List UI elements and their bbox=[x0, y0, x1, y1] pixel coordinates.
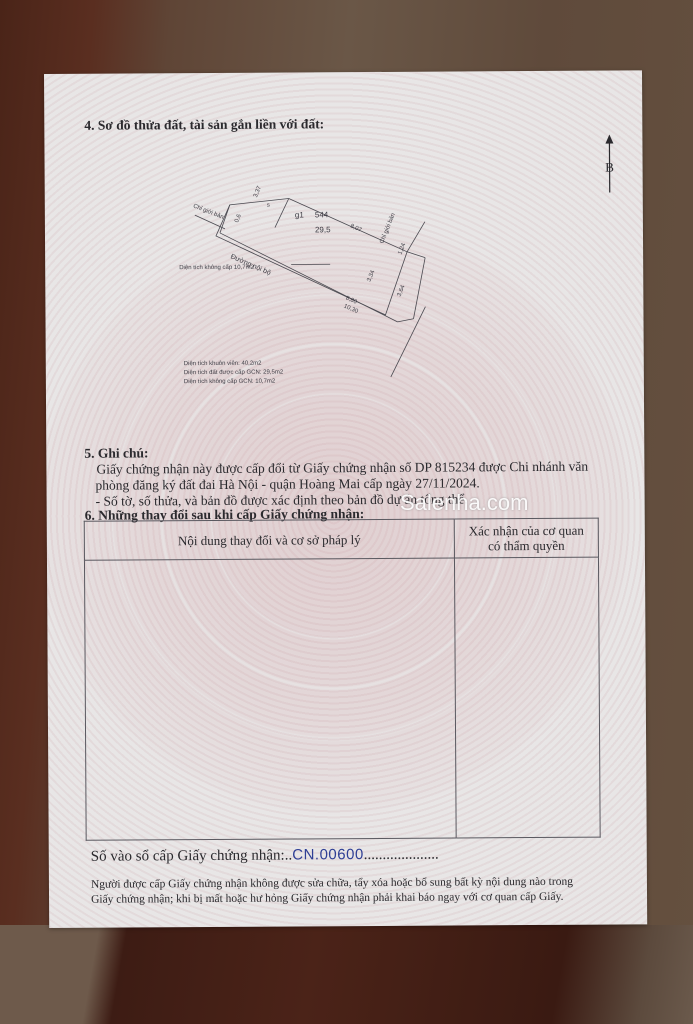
svg-text:10,30: 10,30 bbox=[343, 304, 360, 316]
area-summary-granted: Diện tích đất được cấp GCN: 29,5m2 bbox=[184, 370, 283, 377]
column-header-line-1: Xác nhận của cơ quan bbox=[456, 523, 597, 539]
registration-line: Số vào sổ cấp Giấy chứng nhận:..CN.00600… bbox=[91, 846, 439, 866]
area-summary-not-granted: Diện tích không cấp GCN: 10,7m2 bbox=[184, 379, 275, 386]
watermark: Salenha.com bbox=[400, 490, 528, 516]
footer-note-line-1: Người được cấp Giấy chứng nhận không đượ… bbox=[91, 876, 573, 891]
svg-text:Chỉ giới bản: Chỉ giới bản bbox=[378, 212, 396, 245]
svg-text:0,6: 0,6 bbox=[234, 213, 243, 224]
parcel-diagram: Chỉ giới bản Chỉ giới bản Đường nội bộ D… bbox=[44, 70, 644, 434]
section5-heading: 5. Ghi chú: bbox=[84, 445, 148, 461]
svg-text:Diện tích không cấp 10,7m2: Diện tích không cấp 10,7m2 bbox=[179, 265, 254, 271]
certificate-page: 4. Sơ đồ thửa đất, tài sản gắn liền với … bbox=[44, 70, 647, 928]
svg-text:3,34: 3,34 bbox=[367, 269, 377, 283]
svg-text:544: 544 bbox=[315, 210, 329, 219]
svg-text:g1: g1 bbox=[295, 210, 305, 219]
svg-text:1,24: 1,24 bbox=[397, 242, 407, 256]
table-surface bbox=[0, 925, 693, 1024]
svg-text:Chỉ giới bản: Chỉ giới bản bbox=[192, 202, 225, 220]
column-header-change-content: Nội dung thay đổi và cơ sở pháp lý bbox=[84, 519, 454, 560]
area-summary-total: Diện tích khuôn viên: 40,2m2 bbox=[184, 361, 262, 367]
svg-text:3,64: 3,64 bbox=[397, 284, 407, 298]
registration-dots: .................... bbox=[364, 847, 439, 863]
changes-table: Nội dung thay đổi và cơ sở pháp lý Xác n… bbox=[84, 518, 601, 841]
registration-label: Số vào sổ cấp Giấy chứng nhận:.. bbox=[91, 847, 293, 864]
svg-text:8,07: 8,07 bbox=[349, 223, 363, 233]
change-content-cell bbox=[84, 558, 456, 840]
authority-confirmation-cell bbox=[454, 557, 600, 838]
svg-text:s: s bbox=[267, 203, 270, 209]
note-line-1: Giấy chứng nhận này được cấp đổi từ Giấy… bbox=[96, 459, 588, 478]
registration-number: CN.00600 bbox=[292, 846, 364, 863]
svg-text:3,37: 3,37 bbox=[253, 185, 263, 199]
footer-note-line-2: Giấy chứng nhận; khi bị mất hoặc hư hỏng… bbox=[91, 891, 564, 906]
table-row-empty bbox=[84, 557, 600, 840]
column-header-authority-confirmation: Xác nhận của cơ quan có thẩm quyền bbox=[454, 518, 598, 558]
svg-text:29,5: 29,5 bbox=[315, 225, 331, 234]
column-header-line-2: có thẩm quyền bbox=[456, 538, 597, 554]
